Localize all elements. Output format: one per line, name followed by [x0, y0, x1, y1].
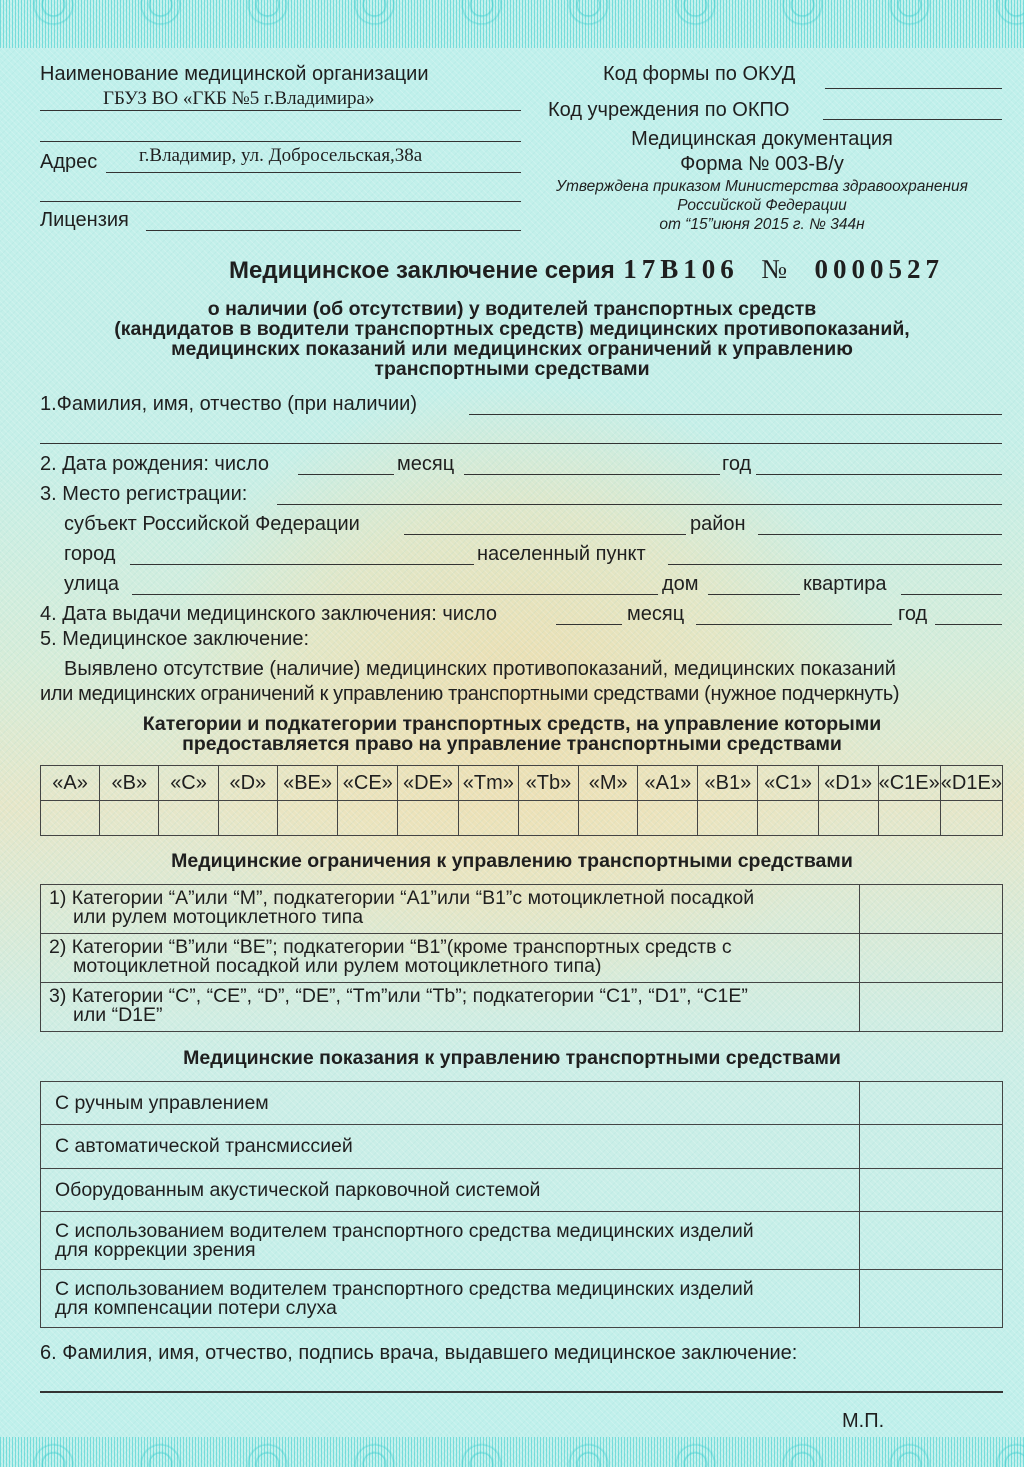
indication-mark-cell[interactable] [860, 1270, 1003, 1328]
org-underline-2 [40, 141, 521, 142]
category-label: «D1» [818, 766, 878, 801]
categories-table: «A»«B»«C»«D»«BE»«CE»«DE»«Tm»«Tb»«M»«A1»«… [40, 765, 1003, 836]
ornamental-border-top [0, 0, 1024, 48]
restriction-mark-cell[interactable] [860, 885, 1003, 934]
doctor-label: 6. Фамилия, имя, отчество, подпись врача… [40, 1342, 797, 1365]
category-mark-cell[interactable] [398, 801, 458, 836]
indication-row: С использованием водителем транспортного… [41, 1270, 1003, 1328]
category-mark-cell[interactable] [578, 801, 637, 836]
restrictions-table: 1) Категории “A”или “M”, подкатегории “A… [40, 884, 1003, 1032]
subtitle-line-2: (кандидатов в водители транспортных сред… [30, 319, 994, 339]
district-label: район [690, 513, 746, 536]
indication-row: С использованием водителем транспортного… [41, 1212, 1003, 1270]
approved-line-1: Утверждена приказом Министерства здравоо… [520, 178, 1004, 196]
category-mark-cell[interactable] [277, 801, 337, 836]
form-number: Форма № 003-В/у [520, 153, 1004, 176]
categories-mark-row [41, 801, 1003, 836]
settlement-label: населенный пункт [477, 543, 646, 566]
category-label: «D» [218, 766, 277, 801]
category-label: «BE» [277, 766, 337, 801]
registration-label: 3. Место регистрации: [40, 483, 247, 506]
issue-year-label: год [898, 603, 927, 626]
issue-year-field[interactable] [935, 624, 1002, 625]
restriction-line-2: или “D1E” [49, 1006, 851, 1025]
category-mark-cell[interactable] [519, 801, 579, 836]
address-underline-2 [40, 201, 521, 202]
apartment-field[interactable] [901, 594, 1002, 595]
category-label: «M» [578, 766, 637, 801]
category-mark-cell[interactable] [878, 801, 940, 836]
fio-field-2[interactable] [40, 443, 1002, 444]
okpo-label: Код учреждения по ОКПО [548, 99, 789, 122]
license-field[interactable] [146, 230, 521, 231]
indication-line-1: С автоматической трансмиссией [55, 1137, 845, 1156]
category-label: «A1» [638, 766, 698, 801]
district-field[interactable] [758, 534, 1002, 535]
subtitle-line-3: медицинских показаний или медицинских ог… [30, 339, 994, 359]
restrictions-heading: Медицинские ограничения к управлению тра… [30, 850, 994, 873]
category-mark-cell[interactable] [940, 801, 1002, 836]
category-mark-cell[interactable] [638, 801, 698, 836]
house-field[interactable] [708, 594, 800, 595]
category-label: «B1» [698, 766, 758, 801]
issue-date-label: 4. Дата выдачи медицинского заключения: … [40, 603, 497, 626]
number-sign: № [761, 254, 792, 284]
address-underline [106, 172, 521, 173]
okpo-field[interactable] [823, 119, 1002, 120]
indications-heading: Медицинские показания к управлению транс… [30, 1047, 994, 1070]
category-label: «Tb» [519, 766, 579, 801]
address-label: Адрес [40, 151, 97, 174]
categories-header-row: «A»«B»«C»«D»«BE»«CE»«DE»«Tm»«Tb»«M»«A1»«… [41, 766, 1003, 801]
registration-field[interactable] [277, 504, 1002, 505]
dob-year-field[interactable] [756, 474, 1002, 475]
category-mark-cell[interactable] [338, 801, 398, 836]
category-label: «B» [100, 766, 159, 801]
restriction-line-2: мотоциклетной посадкой или рулем мотоцик… [49, 957, 851, 976]
category-label: «D1E» [940, 766, 1002, 801]
indication-text: Оборудованным акустической парковочной с… [41, 1169, 860, 1212]
indication-line-1: С использованием водителем транспортного… [55, 1280, 845, 1299]
restriction-row: 1) Категории “A”или “M”, подкатегории “A… [41, 885, 1003, 934]
indication-row: Оборудованным акустической парковочной с… [41, 1169, 1003, 1212]
indication-text: С ручным управлением [41, 1082, 860, 1125]
indication-line-1: С использованием водителем транспортного… [55, 1222, 845, 1241]
fio-label: 1.Фамилия, имя, отчество (при наличии) [40, 393, 417, 416]
restriction-line-2: или рулем мотоциклетного типа [49, 908, 851, 927]
indication-mark-cell[interactable] [860, 1169, 1003, 1212]
subtitle-line-4: транспортными средствами [30, 359, 994, 379]
indication-row: С автоматической трансмиссией [41, 1125, 1003, 1169]
org-value[interactable]: ГБУЗ ВО «ГКБ №5 г.Владимира» [103, 88, 374, 110]
org-label: Наименование медицинской организации [40, 63, 429, 86]
fio-field[interactable] [469, 414, 1002, 415]
indication-text: С использованием водителем транспортного… [41, 1270, 860, 1328]
conclusion-label: 5. Медицинское заключение: [40, 628, 309, 651]
indication-mark-cell[interactable] [860, 1212, 1003, 1270]
issue-month-label: месяц [627, 603, 684, 626]
address-value[interactable]: г.Владимир, ул. Добросельская,38а [139, 145, 422, 167]
issue-day-field[interactable] [556, 624, 622, 625]
title-prefix: Медицинское заключение серия [229, 257, 615, 284]
restriction-line-1: 3) Категории “C”, “CE”, “D”, “DE”, “Tm”и… [49, 987, 851, 1006]
ornamental-border-bottom [0, 1437, 1024, 1467]
restriction-mark-cell[interactable] [860, 983, 1003, 1032]
doctor-signature-field[interactable] [40, 1391, 1003, 1393]
category-mark-cell[interactable] [41, 801, 100, 836]
category-mark-cell[interactable] [100, 801, 159, 836]
category-mark-cell[interactable] [818, 801, 878, 836]
restriction-mark-cell[interactable] [860, 934, 1003, 983]
certificate-number: 0000527 [814, 254, 944, 284]
indication-row: С ручным управлением [41, 1082, 1003, 1125]
conclusion-text-1: Выявлено отсутствие (наличие) медицински… [64, 658, 896, 681]
approved-line-3: от “15”июня 2015 г. № 344н [520, 216, 1004, 234]
restriction-text: 1) Категории “A”или “M”, подкатегории “A… [41, 885, 860, 934]
category-label: «C1E» [878, 766, 940, 801]
indication-line-2: для компенсации потери слуха [55, 1299, 845, 1318]
category-mark-cell[interactable] [218, 801, 277, 836]
conclusion-text-2: или медицинских ограничений к управлению… [40, 683, 899, 706]
subject-field[interactable] [404, 534, 686, 535]
category-mark-cell[interactable] [758, 801, 818, 836]
category-mark-cell[interactable] [698, 801, 758, 836]
indication-text: С автоматической трансмиссией [41, 1125, 860, 1169]
categories-heading-2: предоставляется право на управление тран… [30, 733, 994, 756]
subtitle-line-1: о наличии (об отсутствии) у водителей тр… [30, 299, 994, 319]
city-label: город [64, 543, 115, 566]
issue-month-field[interactable] [696, 624, 892, 625]
indication-mark-cell[interactable] [860, 1125, 1003, 1169]
certificate-title: Медицинское заключение серия 17В106 № 00… [229, 254, 944, 285]
category-label: «A» [41, 766, 100, 801]
category-mark-cell[interactable] [159, 801, 218, 836]
okud-label: Код формы по ОКУД [603, 63, 795, 86]
indication-line-1: С ручным управлением [55, 1094, 845, 1113]
indications-table: С ручным управлением С автоматической тр… [40, 1081, 1003, 1328]
dob-year-label: год [722, 453, 751, 476]
approved-line-2: Российской Федерации [520, 197, 1004, 215]
indication-line-1: Оборудованным акустической парковочной с… [55, 1181, 845, 1200]
category-label: «CE» [338, 766, 398, 801]
apartment-label: квартира [803, 573, 887, 596]
dob-day-field[interactable] [298, 474, 394, 475]
category-label: «Tm» [458, 766, 518, 801]
indication-line-2: для коррекции зрения [55, 1241, 845, 1260]
series-number: 17В106 [623, 254, 739, 284]
okud-field[interactable] [825, 88, 1002, 89]
indication-mark-cell[interactable] [860, 1082, 1003, 1125]
license-label: Лицензия [40, 209, 129, 232]
restriction-row: 2) Категории “B”или “BE”; подкатегории “… [41, 934, 1003, 983]
street-label: улица [64, 573, 119, 596]
dob-month-label: месяц [397, 453, 454, 476]
restriction-text: 3) Категории “C”, “CE”, “D”, “DE”, “Tm”и… [41, 983, 860, 1032]
restriction-row: 3) Категории “C”, “CE”, “D”, “DE”, “Tm”и… [41, 983, 1003, 1032]
org-underline [40, 110, 521, 111]
stamp-label: М.П. [842, 1410, 884, 1433]
settlement-field[interactable] [668, 564, 1002, 565]
category-label: «C1» [758, 766, 818, 801]
category-mark-cell[interactable] [458, 801, 518, 836]
city-field[interactable] [130, 564, 474, 565]
category-label: «DE» [398, 766, 458, 801]
subject-label: субъект Российской Федерации [64, 513, 360, 536]
dob-month-field[interactable] [464, 474, 720, 475]
dob-label: 2. Дата рождения: число [40, 453, 269, 476]
indication-text: С использованием водителем транспортного… [41, 1212, 860, 1270]
house-label: дом [662, 573, 699, 596]
med-docs-label: Медицинская документация [520, 128, 1004, 151]
restriction-text: 2) Категории “B”или “BE”; подкатегории “… [41, 934, 860, 983]
street-field[interactable] [132, 594, 658, 595]
category-label: «C» [159, 766, 218, 801]
